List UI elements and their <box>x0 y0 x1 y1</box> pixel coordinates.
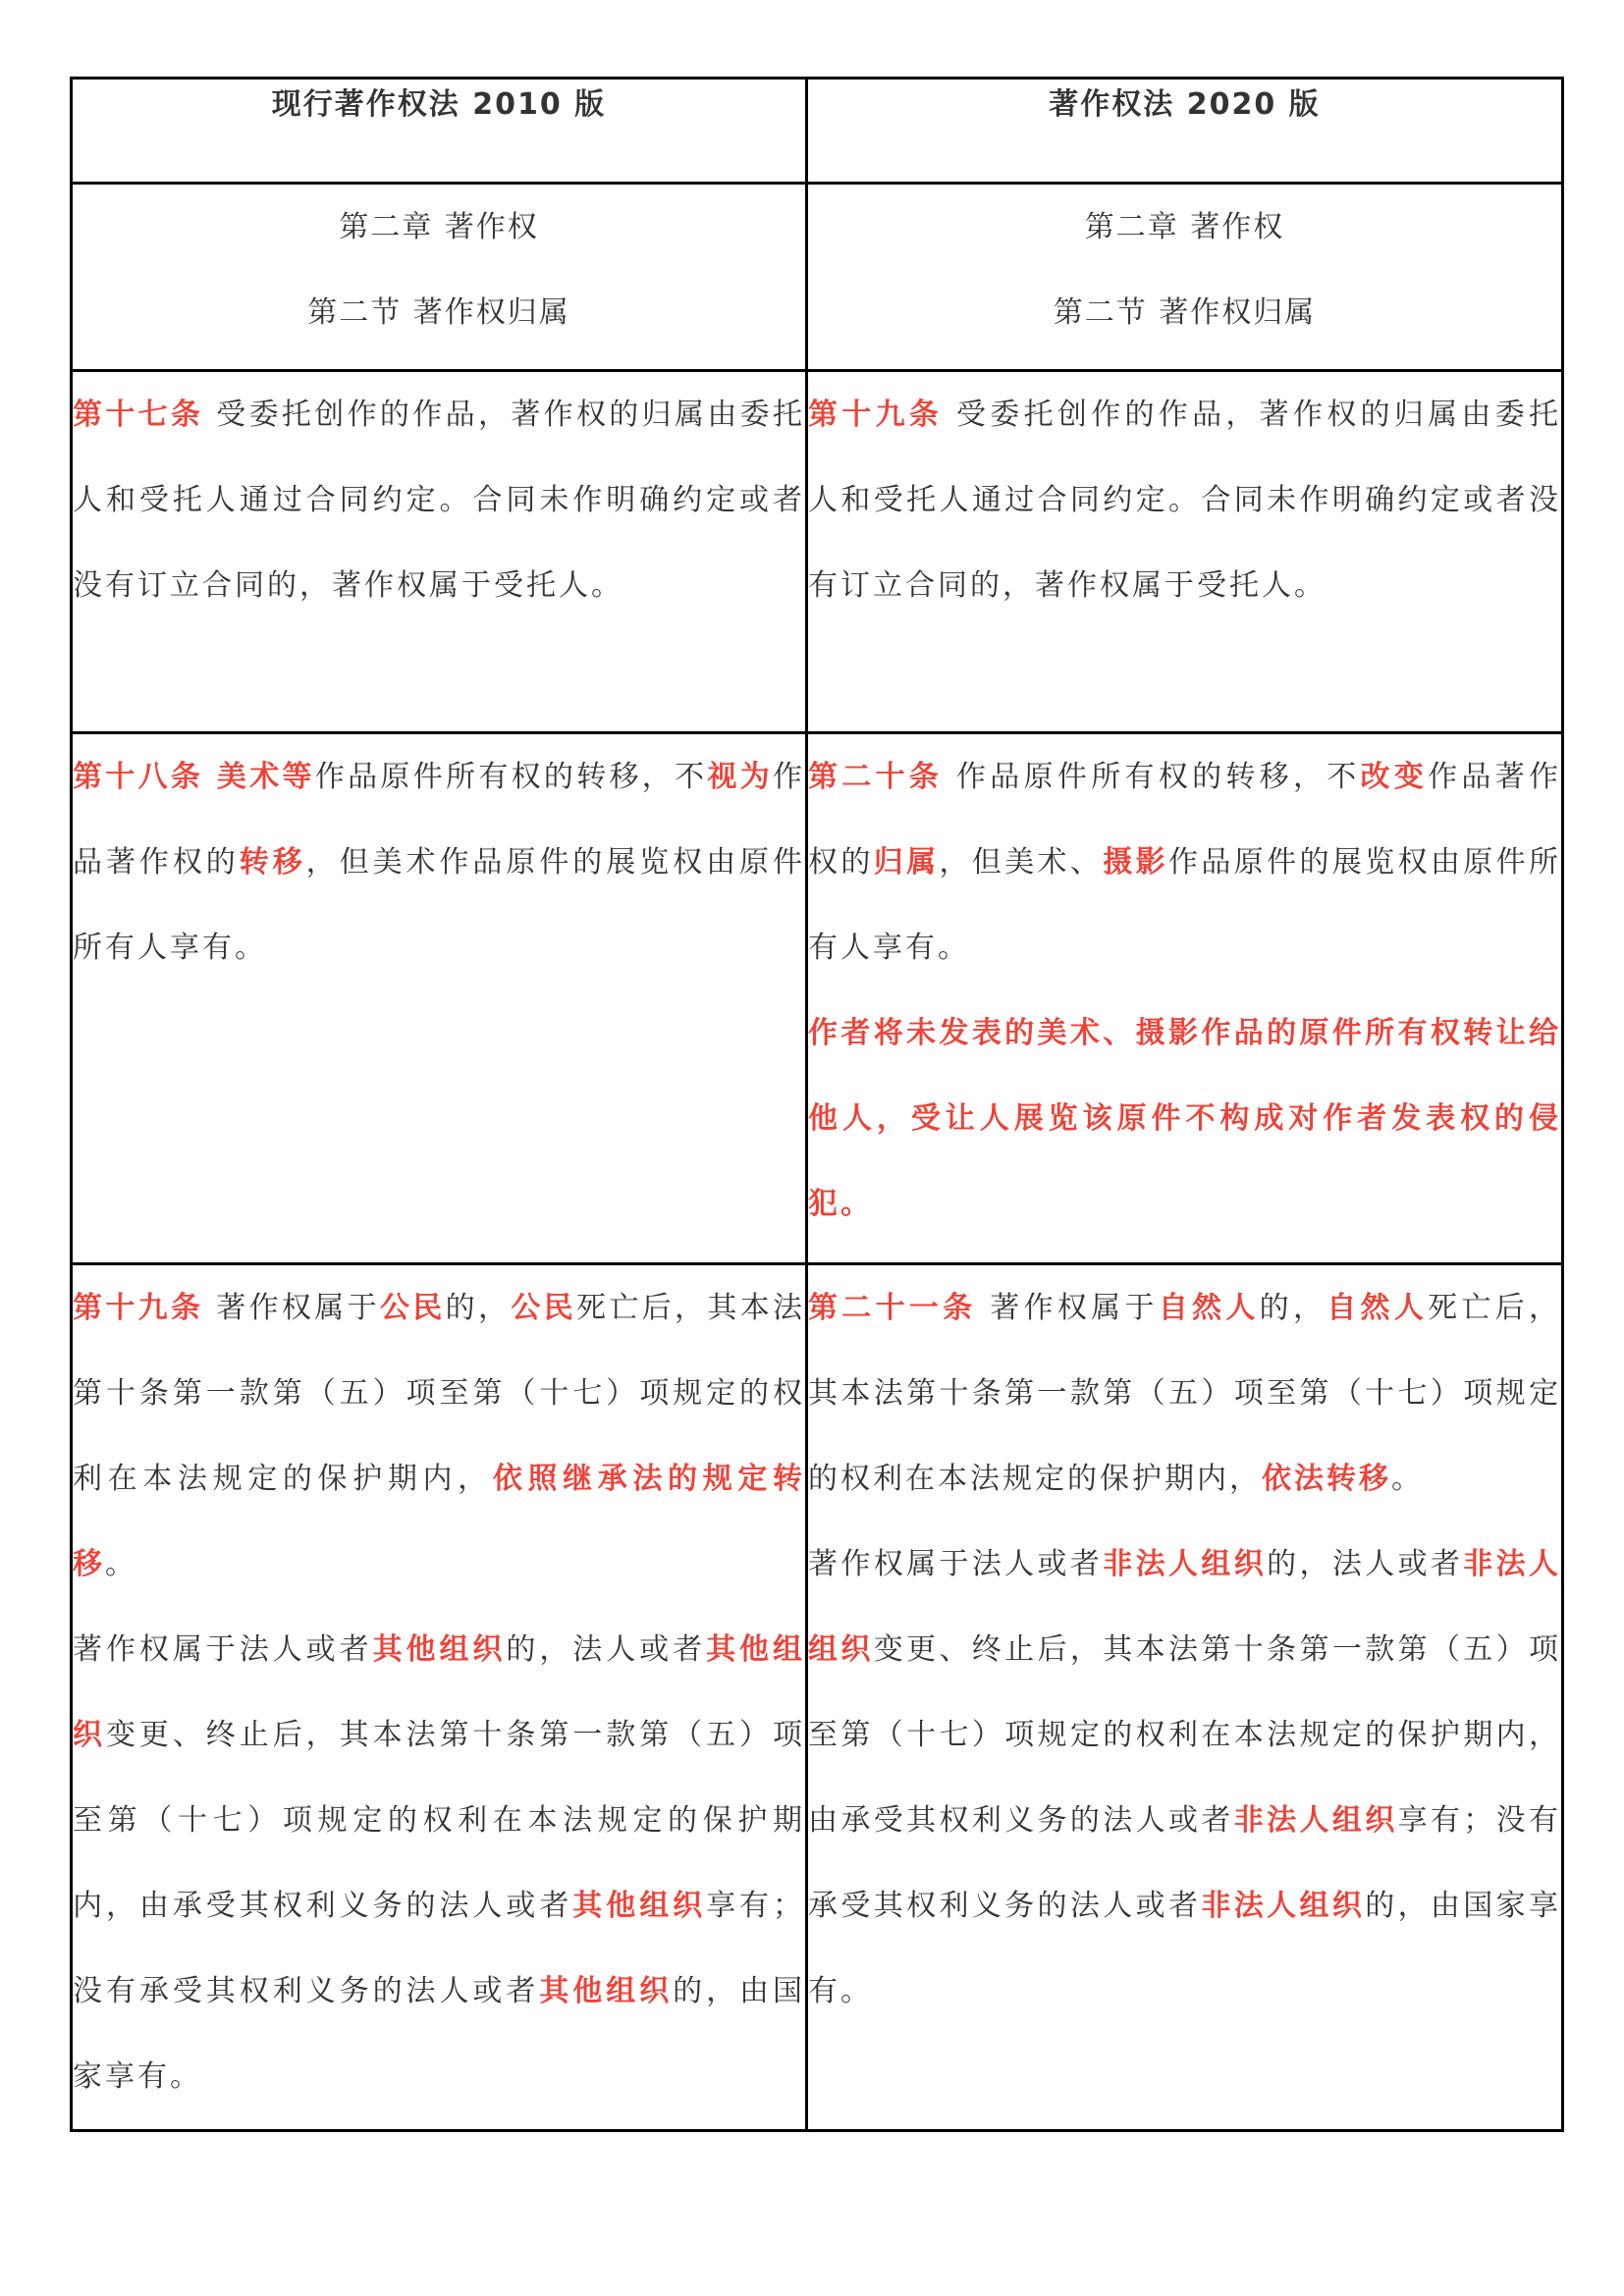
article-paragraph: 著作权属于法人或者其他组织的，法人或者其他组织变更、终止后，其本法第十条第一款第… <box>73 1607 805 2119</box>
article-text: 著作权属于 <box>976 1291 1158 1325</box>
article-text: 著作权属于法人或者 <box>808 1547 1103 1581</box>
highlighted-change: 其他组织 <box>373 1632 507 1667</box>
highlighted-change: 第十九条 <box>73 1291 203 1325</box>
highlighted-change: 非法人组织 <box>1103 1547 1267 1581</box>
highlighted-change: 第十七条 <box>73 398 203 432</box>
article-cell-2020: 第二十一条 著作权属于自然人的，自然人死亡后，其本法第十条第一款第（五）项至第（… <box>807 1264 1563 2131</box>
article-text: 作品原件所有权的转移，不 <box>315 760 708 794</box>
highlighted-change: 公民 <box>380 1291 446 1325</box>
highlighted-change: 公民 <box>511 1291 576 1325</box>
article-cell-2010: 第十七条 受委托创作的作品，著作权的归属由委托人和受托人通过合同约定。合同未作明… <box>72 371 807 733</box>
article-paragraph: 著作权属于法人或者非法人组织的，法人或者非法人组织变更、终止后，其本法第十条第一… <box>808 1522 1561 2034</box>
comparison-table: 现行著作权法 2010 版 著作权法 2020 版 第二章 著作权 第二节 著作… <box>70 77 1564 2132</box>
section-title: 第二节 著作权归属 <box>808 270 1561 355</box>
article-text: 。 <box>105 1547 137 1581</box>
highlighted-change: 摄影 <box>1103 845 1168 880</box>
highlighted-change: 非法人组织 <box>1234 1803 1398 1838</box>
highlighted-change: 视为 <box>707 760 773 794</box>
highlighted-change: 归属 <box>874 845 940 880</box>
article-cell-2010: 第十九条 著作权属于公民的，公民死亡后，其本法第十条第一款第（五）项至第（十七）… <box>72 1264 807 2131</box>
article-paragraph: 作者将未发表的美术、摄影作品的原件所有权转让给他人，受让人展览该原件不构成对作者… <box>808 990 1561 1247</box>
highlighted-change: 转移 <box>240 845 306 880</box>
highlighted-change: 第十九条 <box>808 398 943 432</box>
chapter-cell-left: 第二章 著作权 第二节 著作权归属 <box>72 184 807 371</box>
highlighted-change: 作者将未发表的美术、摄影作品的原件所有权转让给他人，受让人展览该原件不构成对作者… <box>808 1016 1561 1221</box>
document-page: 现行著作权法 2010 版 著作权法 2020 版 第二章 著作权 第二节 著作… <box>0 0 1624 2296</box>
chapter-title: 第二章 著作权 <box>73 185 805 270</box>
article-paragraph: 第十九条 受委托创作的作品，著作权的归属由委托人和受托人通过合同约定。合同未作明… <box>808 372 1561 628</box>
highlighted-change: 非法人组织 <box>1201 1889 1365 1923</box>
article-row: 第十八条 美术等作品原件所有权的转移，不视为作品著作权的转移，但美术作品原件的展… <box>72 733 1563 1264</box>
article-text: 的， <box>1260 1291 1327 1325</box>
article-text: 的， <box>446 1291 512 1325</box>
article-row: 第十七条 受委托创作的作品，著作权的归属由委托人和受托人通过合同约定。合同未作明… <box>72 371 1563 733</box>
article-text: ，但美术、 <box>939 845 1103 880</box>
article-text: 的，法人或者 <box>506 1632 706 1667</box>
highlighted-change: 其他组织 <box>572 1889 706 1923</box>
header-2020-version: 著作权法 2020 版 <box>807 79 1563 184</box>
chapter-row: 第二章 著作权 第二节 著作权归属 第二章 著作权 第二节 著作权归属 <box>72 184 1563 371</box>
highlighted-change: 依法转移 <box>1262 1462 1391 1496</box>
chapter-cell-right: 第二章 著作权 第二节 著作权归属 <box>807 184 1563 371</box>
article-paragraph: 第十七条 受委托创作的作品，著作权的归属由委托人和受托人通过合同约定。合同未作明… <box>73 372 805 628</box>
section-title: 第二节 著作权归属 <box>73 270 805 355</box>
article-cell-2020: 第十九条 受委托创作的作品，著作权的归属由委托人和受托人通过合同约定。合同未作明… <box>807 371 1563 733</box>
article-text: 的，法人或者 <box>1267 1547 1463 1581</box>
chapter-title: 第二章 著作权 <box>808 185 1561 270</box>
header-2010-version: 现行著作权法 2010 版 <box>72 79 807 184</box>
article-text: 。 <box>1391 1462 1424 1496</box>
article-paragraph: 第十九条 著作权属于公民的，公民死亡后，其本法第十条第一款第（五）项至第（十七）… <box>73 1265 805 1607</box>
article-text: 著作权属于 <box>203 1291 380 1325</box>
header-row: 现行著作权法 2010 版 著作权法 2020 版 <box>72 79 1563 184</box>
article-text: 作品原件所有权的转移，不 <box>943 760 1360 794</box>
article-row: 第十九条 著作权属于公民的，公民死亡后，其本法第十条第一款第（五）项至第（十七）… <box>72 1264 1563 2131</box>
article-cell-2010: 第十八条 美术等作品原件所有权的转移，不视为作品著作权的转移，但美术作品原件的展… <box>72 733 807 1264</box>
highlighted-change: 第二十一条 <box>808 1291 976 1325</box>
highlighted-change: 自然人 <box>1326 1291 1428 1325</box>
highlighted-change: 改变 <box>1361 760 1429 794</box>
highlighted-change: 第二十条 <box>808 760 943 794</box>
highlighted-change: 第十八条 美术等 <box>73 760 315 794</box>
highlighted-change: 其他组织 <box>539 1974 673 2008</box>
article-paragraph: 第二十条 作品原件所有权的转移，不改变作品著作权的归属，但美术、摄影作品原件的展… <box>808 734 1561 990</box>
article-paragraph: 第二十一条 著作权属于自然人的，自然人死亡后，其本法第十条第一款第（五）项至第（… <box>808 1265 1561 1522</box>
article-paragraph: 第十八条 美术等作品原件所有权的转移，不视为作品著作权的转移，但美术作品原件的展… <box>73 734 805 990</box>
highlighted-change: 自然人 <box>1159 1291 1260 1325</box>
article-text: 著作权属于法人或者 <box>73 1632 373 1667</box>
article-cell-2020: 第二十条 作品原件所有权的转移，不改变作品著作权的归属，但美术、摄影作品原件的展… <box>807 733 1563 1264</box>
